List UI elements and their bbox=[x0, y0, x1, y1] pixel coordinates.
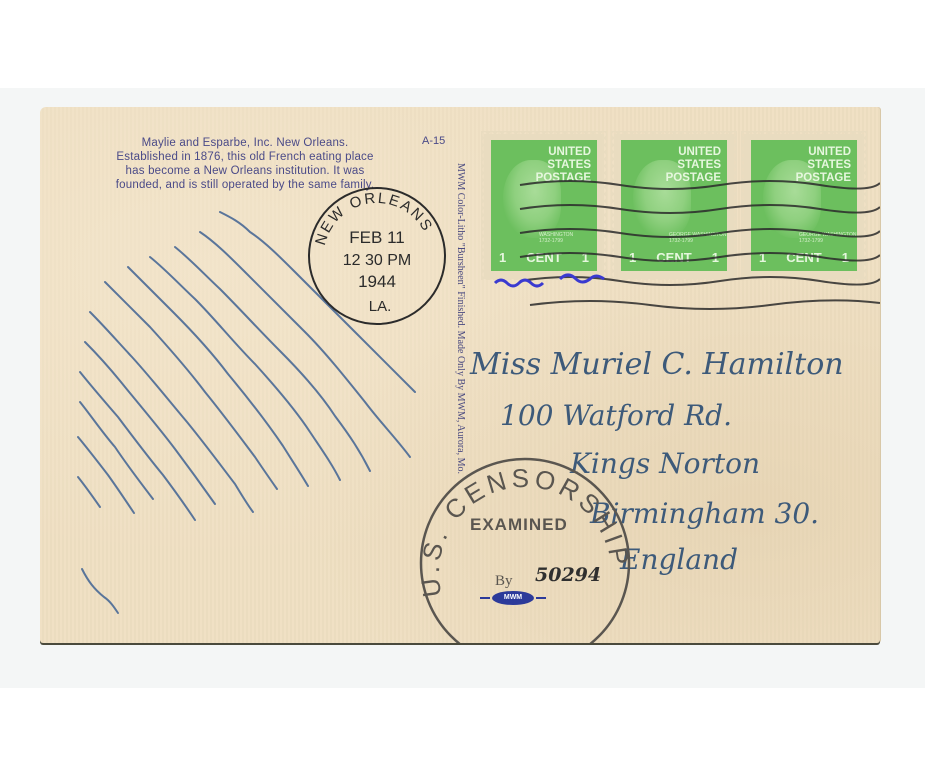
postage-stamp: UNITEDSTATESPOSTAGE GEORGE WASHINGTON173… bbox=[614, 134, 734, 277]
stamp-country: UNITEDSTATESPOSTAGE bbox=[666, 146, 721, 185]
censorship-stamp: U.S. CENSORSHIP bbox=[414, 452, 636, 643]
postmark-state: LA. bbox=[369, 298, 392, 315]
address-line-street: 100 Watford Rd. bbox=[500, 399, 732, 432]
stamp-value: 1CENT1 bbox=[491, 250, 597, 265]
caption-line: has become a New Orleans institution. It… bbox=[95, 164, 395, 178]
postage-stamp: UNITEDSTATESPOSTAGE GEORGE WASHINGTON173… bbox=[744, 134, 864, 277]
stamp-portrait-name: WASHINGTON1732-1799 bbox=[539, 232, 573, 244]
stamp-value: 1CENT1 bbox=[751, 250, 857, 265]
stamp-country: UNITEDSTATESPOSTAGE bbox=[796, 146, 851, 185]
stamp-portrait-name: GEORGE WASHINGTON1732-1799 bbox=[799, 232, 857, 244]
address-line-name: Miss Muriel C. Hamilton bbox=[470, 347, 844, 382]
stamp-country: UNITEDSTATESPOSTAGE bbox=[536, 146, 591, 185]
new-orleans-postmark: NEW ORLEANS FEB 11 12 30 PM 1944 LA. bbox=[302, 181, 452, 331]
censor-examiner-number: 50294 bbox=[535, 564, 601, 586]
stamp-portrait-name: GEORGE WASHINGTON1732-1799 bbox=[669, 232, 727, 244]
mwm-logo-icon: MWM bbox=[492, 591, 534, 605]
card-code: A-15 bbox=[422, 135, 445, 147]
address-line-country: England bbox=[620, 543, 738, 576]
postmark-year: 1944 bbox=[358, 272, 396, 291]
stamp-value: 1CENT1 bbox=[621, 250, 727, 265]
postmark-time: 12 30 PM bbox=[343, 252, 411, 269]
censor-examined-label: EXAMINED bbox=[470, 515, 568, 535]
caption-line: Maylie and Esparbe, Inc. New Orleans. bbox=[95, 136, 395, 150]
postage-stamp: UNITEDSTATESPOSTAGE WASHINGTON1732-1799 … bbox=[484, 134, 604, 277]
caption-line: Established in 1876, this old French eat… bbox=[95, 150, 395, 164]
postmark-date: FEB 11 bbox=[349, 228, 404, 247]
censor-by-label: By bbox=[495, 573, 513, 590]
postcard: Maylie and Esparbe, Inc. New Orleans. Es… bbox=[40, 107, 880, 643]
